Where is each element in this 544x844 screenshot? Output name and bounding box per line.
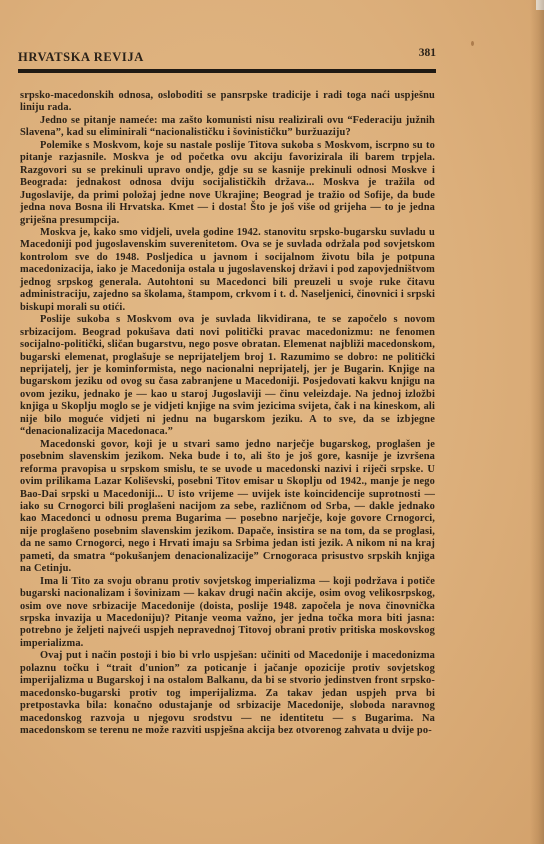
- paragraph: Jedno se pitanje nameće: ma zašto komuni…: [20, 115, 435, 140]
- journal-title: HRVATSKA REVIJA: [18, 50, 144, 65]
- header-rule: [18, 69, 436, 73]
- scanned-page: HRVATSKA REVIJA 381 srpsko-macedonskih o…: [0, 0, 544, 844]
- body-text: srpsko-macedonskih odnosa, osloboditi se…: [20, 90, 435, 738]
- paragraph: Macedonski govor, koji je u stvari samo …: [20, 439, 435, 576]
- paragraph: Ovaj put i način postoji i bio bi vrlo u…: [20, 650, 435, 737]
- paragraph: Poslije sukoba s Moskvom ova je suvlada …: [20, 314, 435, 439]
- paragraph: Ima li Tito za svoju obranu protiv sovje…: [20, 576, 435, 651]
- page-number: 381: [419, 47, 436, 59]
- paragraph: srpsko-macedonskih odnosa, osloboditi se…: [20, 90, 435, 115]
- paragraph: Polemike s Moskvom, koje su nastale posl…: [20, 140, 435, 227]
- page-edge-shadow: [530, 0, 544, 844]
- running-header: HRVATSKA REVIJA 381: [18, 50, 436, 66]
- paragraph: Moskva je, kako smo vidjeli, uvela godin…: [20, 227, 435, 314]
- ink-spot: [471, 41, 474, 46]
